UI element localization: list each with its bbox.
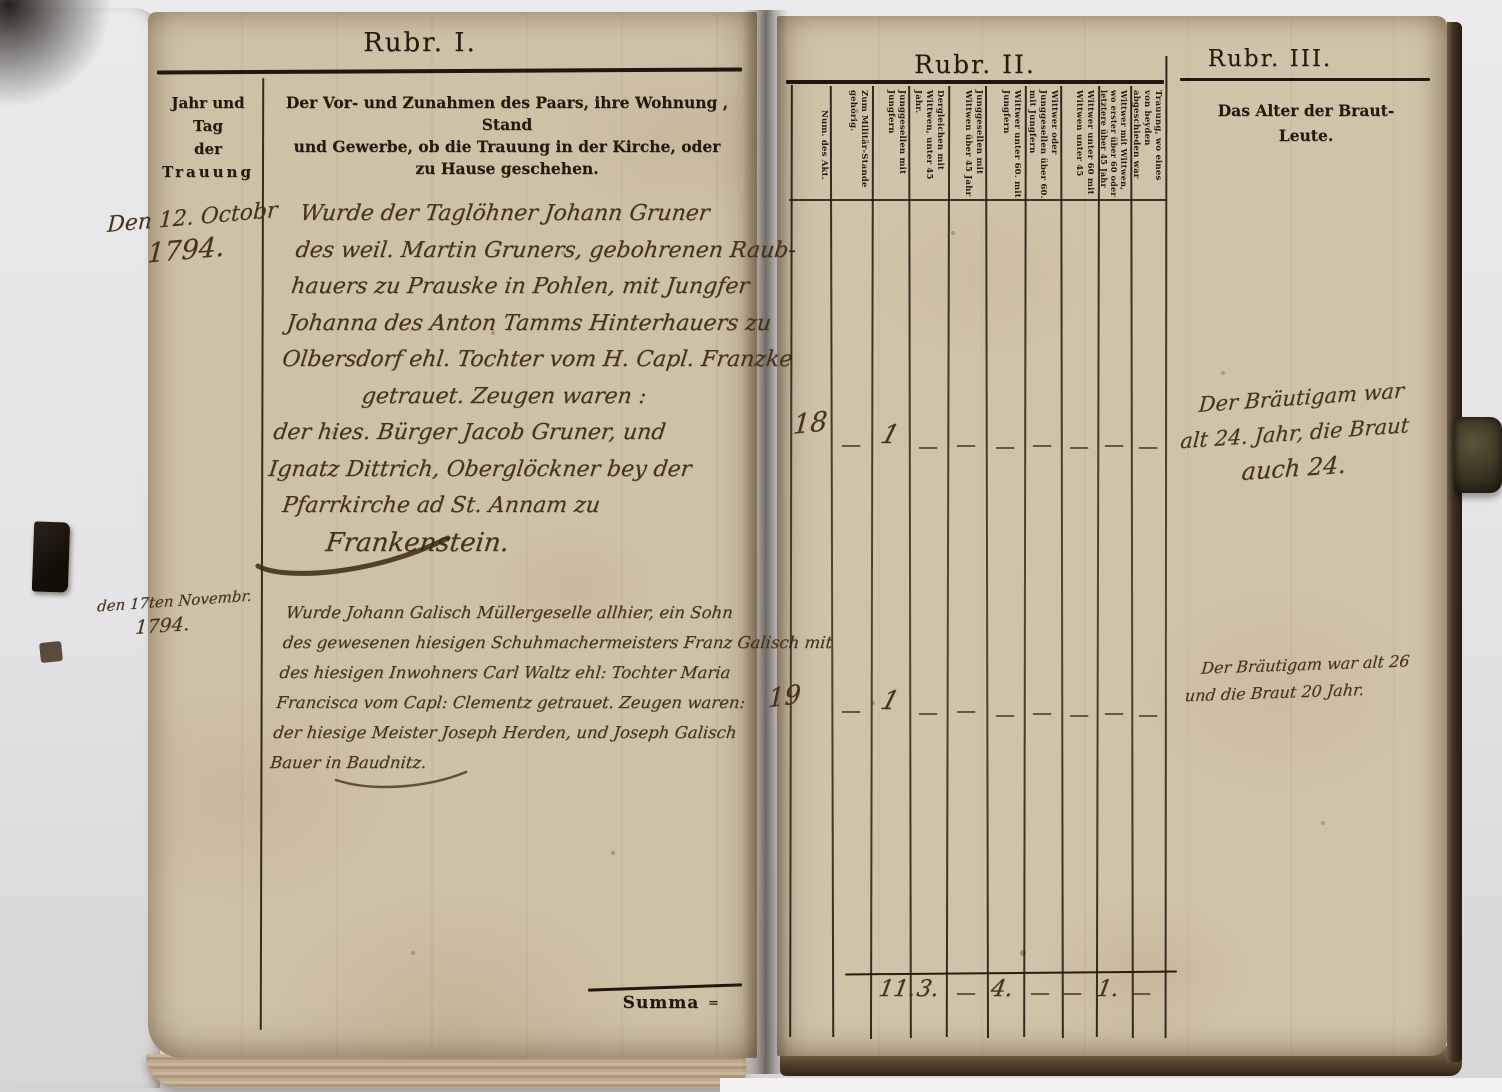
- row-number: 18: [792, 406, 828, 441]
- summa-cell: 11.: [877, 976, 914, 1002]
- book-photo: Rubr. I. Jahr und Tag der Trauung Der Vo…: [0, 0, 1502, 1092]
- summa-cell: —: [950, 980, 982, 1004]
- col-header-date-line: der: [156, 138, 260, 161]
- entry1-line: Olbersdorf ehl. Tochter vom H. Capl. Fra…: [280, 342, 762, 379]
- pen-flourish: [252, 520, 462, 580]
- col-header-date-line: Trauung: [156, 161, 260, 184]
- col-header-date: Jahr und Tag der Trauung: [156, 92, 260, 184]
- table-cell: —: [950, 432, 982, 456]
- entry1-line: Wurde der Taglöhner Johann Gruner: [298, 196, 780, 233]
- bookmark-tab: [32, 521, 70, 592]
- row-number: 19: [768, 679, 802, 714]
- table-cell: —: [950, 698, 982, 722]
- summa-cell: —: [1056, 980, 1088, 1004]
- rubric2-column-header: Wittwer oder Junggesellen über 60. mit J…: [1028, 90, 1059, 200]
- summa-cell: 1.: [1090, 976, 1127, 1002]
- rubric2-rule: [786, 80, 1164, 84]
- table-cell: —: [912, 434, 944, 458]
- table-cell: —: [835, 698, 867, 722]
- rubric2-column-header: Junggesellen mit Wittwen über 45 Jahr: [951, 90, 984, 200]
- rubric2-column-header: Num. des Akt.: [794, 90, 829, 200]
- summa-cell: —: [1125, 980, 1157, 1004]
- photo-backdrop-strip: [720, 1078, 1502, 1092]
- entry2-body: Wurde Johann Galisch Müllergeselle allhi…: [269, 598, 774, 778]
- entry2-line: des hiesigen Inwohners Carl Waltz ehl: T…: [278, 658, 767, 688]
- table-cell: —: [835, 432, 867, 456]
- table-cell: —: [1026, 700, 1058, 724]
- col-header-description-line: und Gewerbe, ob die Trauung in der Kirch…: [268, 136, 746, 158]
- entry2-line: Francisca vom Capl: Clementz getrauet. Z…: [275, 688, 764, 718]
- table-cell: —: [1063, 434, 1095, 458]
- rubric2-column-header: Zum Militär-Stande gehörig.: [835, 90, 869, 200]
- entry1-line: getrauet. Zeugen waren :: [360, 379, 758, 416]
- summa-cell: 3.: [910, 976, 947, 1002]
- entry2-line: Wurde Johann Galisch Müllergeselle allhi…: [284, 598, 773, 628]
- entry1-line: hauers zu Prauske in Pohlen, mit Jungfer: [289, 269, 771, 306]
- table-cell: —: [1132, 434, 1164, 458]
- paper-specks: [0, 0, 2, 2]
- rubric3-header-line: Das Alter der Braut-: [1180, 98, 1432, 123]
- summa-cell: 4.: [984, 976, 1021, 1002]
- entry1-line: des weil. Martin Gruners, gebohrenen Rau…: [293, 233, 775, 270]
- entry2-line: der hiesige Meister Joseph Herden, und J…: [272, 718, 761, 748]
- corner-shadow: [0, 0, 118, 114]
- entry1-body: Wurde der Taglöhner Johann Gruner des we…: [258, 196, 781, 561]
- book-clasp: [1454, 417, 1502, 493]
- table-cell: —: [1026, 432, 1058, 456]
- entry2-line: des gewesenen hiesigen Schuhmachermeiste…: [281, 628, 770, 658]
- rubric3-entry1: Der Bräutigam war alt 24. Jahr, die Brau…: [1177, 370, 1448, 494]
- pen-underline: [332, 768, 472, 794]
- rubric2-column-header: Trauung, wo eines von beyden abgeschiede…: [1135, 90, 1163, 200]
- table-cell: —: [1132, 702, 1164, 726]
- rubric3-header-line: Leute.: [1180, 123, 1432, 148]
- book-gutter: [742, 10, 788, 1074]
- table-cell: —: [1063, 702, 1095, 726]
- rubric2-column-header: Wittwer unter 60 mit Wittwen unter 45: [1065, 90, 1095, 200]
- rubric3-header: Das Alter der Braut- Leute.: [1180, 98, 1432, 148]
- summa-cell: —: [1024, 980, 1056, 1004]
- col-header-date-line: Jahr und Tag: [156, 92, 260, 138]
- col-header-description-line: zu Hause geschehen.: [268, 158, 746, 180]
- col-header-description-line: Der Vor- und Zunahmen des Paars, ihre Wo…: [268, 92, 746, 136]
- rubric3-title: Rubr. III.: [1180, 46, 1360, 72]
- col-header-description: Der Vor- und Zunahmen des Paars, ihre Wo…: [268, 92, 746, 180]
- rubric2-title: Rubr. II.: [880, 50, 1070, 79]
- table-cell: —: [912, 700, 944, 724]
- entry1-line: Johanna des Anton Tamms Hinterhauers zu: [284, 306, 766, 343]
- table-cell: —: [989, 702, 1021, 726]
- rubric1-title: Rubr. I.: [300, 28, 540, 58]
- rubric3-rule: [1180, 78, 1430, 81]
- summa-label: Summa: [616, 993, 706, 1013]
- table-cell: —: [1098, 700, 1130, 724]
- rubric2-column-header: Wittwer mit Wittwen, wo erster über 60 o…: [1100, 90, 1129, 200]
- rubric2-column-header: Junggesellen mit Jungfern: [875, 90, 907, 200]
- rubric2-column-header: Dergleichen mit Wittwen, unter 45 Jahr.: [913, 90, 945, 200]
- bottom-page-edges: [146, 1054, 746, 1088]
- rubric2-column-header: Wittwer unter 60. mit Jungfern: [990, 90, 1022, 200]
- entry1-line: der hies. Bürger Jacob Gruner, und: [271, 415, 753, 452]
- bookmark-tab-small: [39, 641, 63, 663]
- table-cell: —: [989, 434, 1021, 458]
- entry1-line: Ignatz Dittrich, Oberglöckner bey der: [267, 452, 749, 489]
- summa-mark: =: [708, 996, 719, 1011]
- rubric3-entry2: Der Bräutigam war alt 26 und die Braut 2…: [1184, 645, 1489, 710]
- table-cell: —: [1098, 432, 1130, 456]
- book-cover-edge: [1447, 22, 1462, 1062]
